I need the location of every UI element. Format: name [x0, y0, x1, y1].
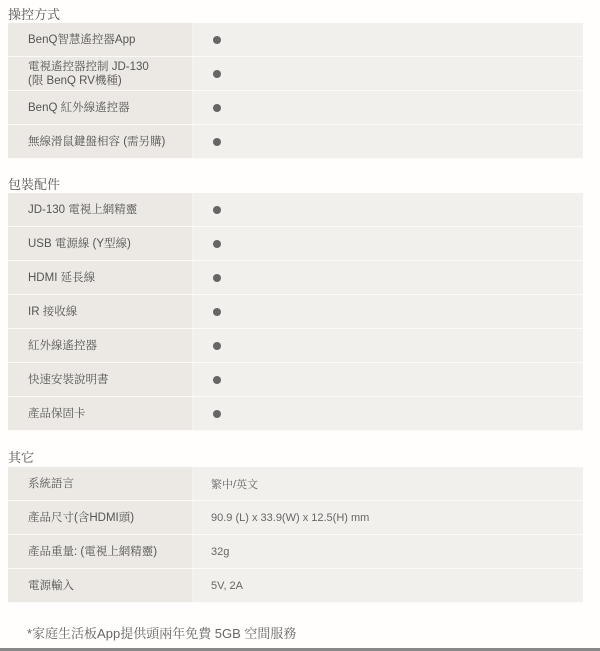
table-row: BenQ智慧遙控器App [8, 23, 583, 57]
row-label: BenQ 紅外線遙控器 [8, 91, 193, 124]
bullet-dot-icon [213, 274, 221, 282]
row-value [193, 23, 583, 56]
row-label: BenQ智慧遙控器App [8, 23, 193, 56]
row-label: 無線滑鼠鍵盤相容 (需另購) [8, 125, 193, 158]
row-value [193, 193, 583, 226]
bullet-dot-icon [213, 36, 221, 44]
bullet-dot-icon [213, 308, 221, 316]
table-row: HDMI 延長線 [8, 261, 583, 295]
other-table: 系統語言 繁中/英文 產品尺寸(含HDMI頭) 90.9 (L) x 33.9(… [8, 467, 583, 603]
bullet-dot-icon [213, 138, 221, 146]
row-value: 5V, 2A [193, 569, 583, 602]
table-row: 快速安裝說明書 [8, 363, 583, 397]
table-row: 產品尺寸(含HDMI頭) 90.9 (L) x 33.9(W) x 12.5(H… [8, 501, 583, 535]
bullet-dot-icon [213, 104, 221, 112]
bullet-dot-icon [213, 206, 221, 214]
row-value [193, 363, 583, 396]
row-label: 產品保固卡 [8, 397, 193, 430]
row-label: JD-130 電視上網精靈 [8, 193, 193, 226]
row-value [193, 57, 583, 90]
row-value: 90.9 (L) x 33.9(W) x 12.5(H) mm [193, 501, 583, 534]
table-row: BenQ 紅外線遙控器 [8, 91, 583, 125]
bullet-dot-icon [213, 376, 221, 384]
row-label: 系統語言 [8, 467, 193, 500]
row-label: HDMI 延長線 [8, 261, 193, 294]
bullet-dot-icon [213, 240, 221, 248]
section-title-package: 包裝配件 [8, 174, 60, 193]
row-label: 產品尺寸(含HDMI頭) [8, 501, 193, 534]
section-title-other: 其它 [8, 447, 34, 466]
row-value [193, 91, 583, 124]
row-value [193, 397, 583, 430]
row-label: IR 接收線 [8, 295, 193, 328]
bullet-dot-icon [213, 70, 221, 78]
row-value: 繁中/英文 [193, 467, 583, 500]
row-value [193, 329, 583, 362]
bullet-dot-icon [213, 342, 221, 350]
table-row: IR 接收線 [8, 295, 583, 329]
row-label: USB 電源線 (Y型線) [8, 227, 193, 260]
table-row: 產品保固卡 [8, 397, 583, 431]
table-row: 產品重量: (電視上網精靈) 32g [8, 535, 583, 569]
row-label: 紅外線遙控器 [8, 329, 193, 362]
row-value [193, 125, 583, 158]
row-value [193, 295, 583, 328]
table-row: 系統語言 繁中/英文 [8, 467, 583, 501]
table-row: JD-130 電視上網精靈 [8, 193, 583, 227]
table-row: 電源輸入 5V, 2A [8, 569, 583, 603]
bullet-dot-icon [213, 410, 221, 418]
package-table: JD-130 電視上網精靈 USB 電源線 (Y型線) HDMI 延長線 IR … [8, 193, 583, 431]
section-title-controls: 操控方式 [8, 4, 60, 23]
controls-table: BenQ智慧遙控器App 電視遙控器控制 JD-130 (限 BenQ RV機種… [8, 23, 583, 159]
table-row: 紅外線遙控器 [8, 329, 583, 363]
row-label: 產品重量: (電視上網精靈) [8, 535, 193, 568]
row-value [193, 261, 583, 294]
footnote: *家庭生活板App提供頭兩年免費 5GB 空間服務 [27, 623, 296, 642]
table-row: USB 電源線 (Y型線) [8, 227, 583, 261]
table-row: 無線滑鼠鍵盤相容 (需另購) [8, 125, 583, 159]
row-value: 32g [193, 535, 583, 568]
row-value [193, 227, 583, 260]
table-row: 電視遙控器控制 JD-130 (限 BenQ RV機種) [8, 57, 583, 91]
row-label: 電視遙控器控制 JD-130 (限 BenQ RV機種) [8, 57, 193, 90]
row-label: 快速安裝說明書 [8, 363, 193, 396]
row-label: 電源輸入 [8, 569, 193, 602]
